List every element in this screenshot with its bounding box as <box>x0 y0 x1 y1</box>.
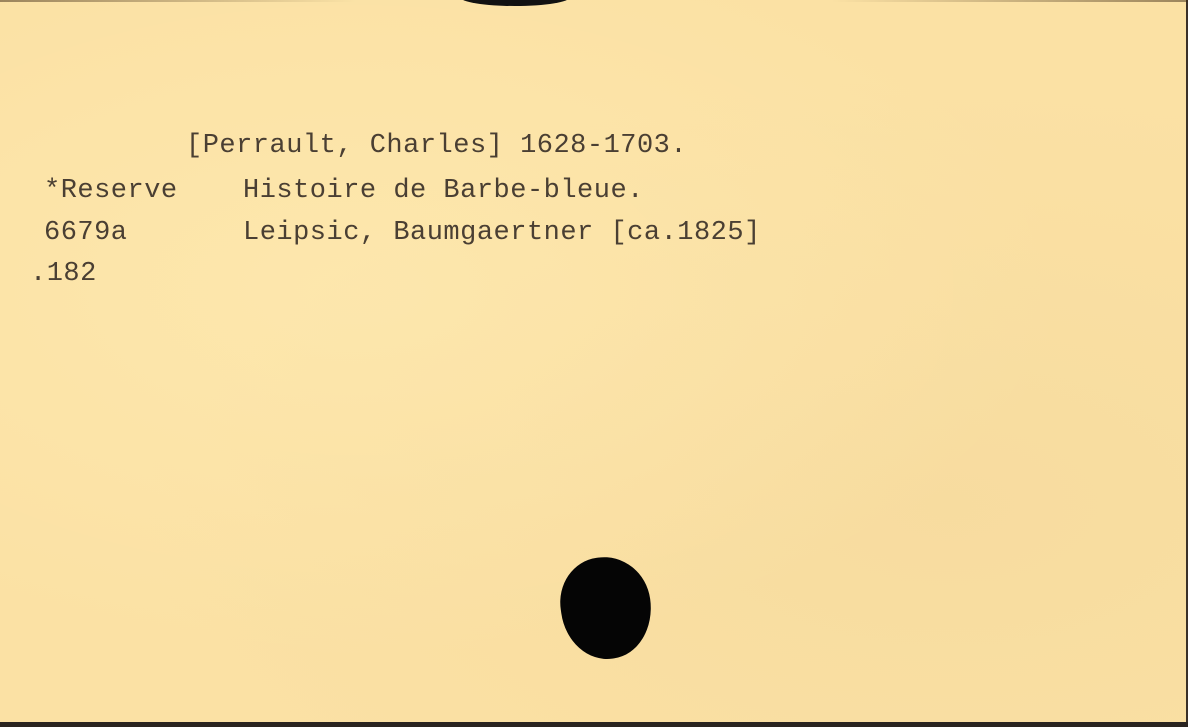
author-name: [Perrault, Charles] <box>186 131 503 161</box>
card-bottom-edge <box>0 722 1188 727</box>
call-number-line-1: *Reserve <box>44 178 178 205</box>
catalog-card: [Perrault, Charles] 1628-1703. *Reserve … <box>0 0 1188 722</box>
card-top-edge <box>0 0 1188 2</box>
author-heading: [Perrault, Charles] 1628-1703. <box>186 133 687 160</box>
imprint: Leipsic, Baumgaertner [ca.1825] <box>243 220 761 247</box>
punch-hole <box>554 551 657 665</box>
top-tab-notch <box>460 0 570 6</box>
book-title: Histoire de Barbe-bleue. <box>243 178 644 205</box>
author-dates: 1628-1703. <box>520 131 687 161</box>
call-number-line-3: .182 <box>30 261 97 288</box>
call-number-line-2: 6679a <box>44 220 128 247</box>
